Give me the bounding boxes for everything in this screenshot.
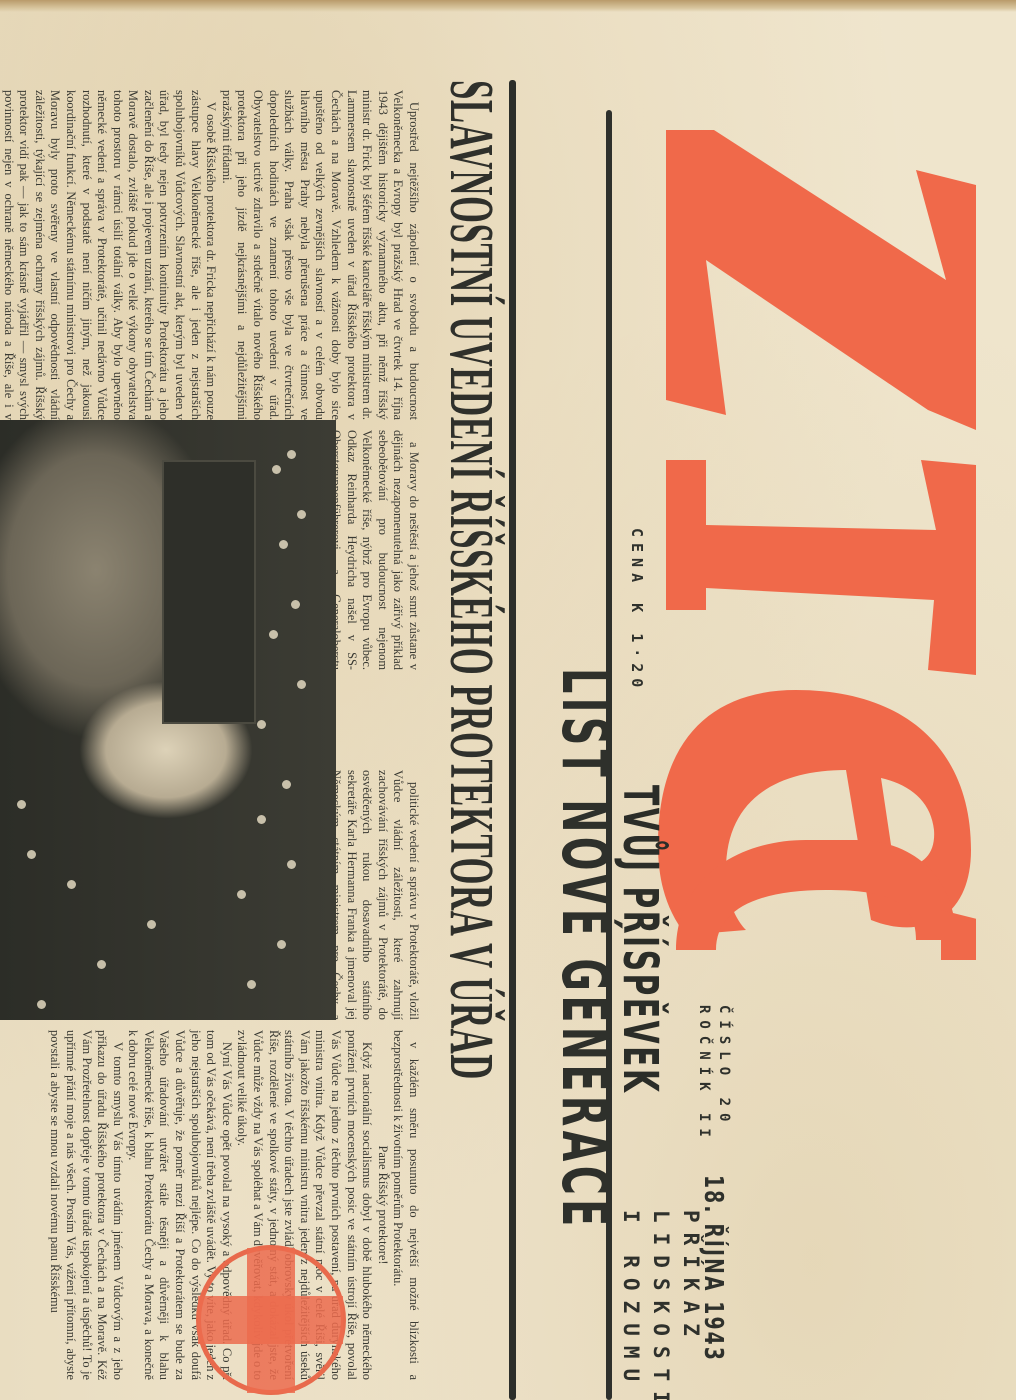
issue-volume: ROČNÍK II xyxy=(694,1005,714,1144)
red-cross-emblem-icon xyxy=(196,1245,346,1395)
article-salutation: Pane Říšský protektore! xyxy=(374,1030,390,1380)
slogan-line: I ROZUMU xyxy=(616,1210,646,1400)
slogan-line: LIDSKOSTI xyxy=(646,1210,676,1400)
article-paragraph: V osobě Říšského protektora dr. Fricka n… xyxy=(0,90,218,420)
photo-background-panel xyxy=(162,460,256,724)
headline-rule xyxy=(509,80,516,1400)
rotated-page-content: CENA K 1·20 LIST NOVÉ GENERACE TVŮJ PŘÍS… xyxy=(0,0,1016,1400)
issue-info: ČÍSLO 20 ROČNÍK II xyxy=(694,1005,734,1144)
article-paragraph: v každém směru posunuto do největší možn… xyxy=(390,1030,421,1380)
article-headline: SLAVNOSTNÍ UVEDENÍ ŘÍŠSKÉHO PROTEKTORA V… xyxy=(435,80,506,1080)
article-photo xyxy=(0,420,336,1020)
masthead-tagline: TVŮJ PŘÍSPĚVEK xyxy=(612,785,668,1094)
issue-number: ČÍSLO 20 xyxy=(714,1005,734,1144)
zted-logo-icon xyxy=(646,130,976,960)
slogan-line: PŘÍKAZ xyxy=(676,1210,706,1400)
price-label: CENA K 1·20 xyxy=(628,528,646,693)
masthead-subtitle: LIST NOVÉ GENERACE xyxy=(547,668,621,1231)
article-column-1: Uprostřed nejtěžšího zápolení o svobodu … xyxy=(0,90,421,420)
article-paragraph: V tomto smyslu Vás tímto uvádím jménem V… xyxy=(47,1030,125,1380)
article-paragraph: Uprostřed nejtěžšího zápolení o svobodu … xyxy=(218,90,421,420)
masthead-slogan: PŘÍKAZ LIDSKOSTI I ROZUMU xyxy=(616,1210,706,1400)
masthead-logo xyxy=(646,130,976,960)
